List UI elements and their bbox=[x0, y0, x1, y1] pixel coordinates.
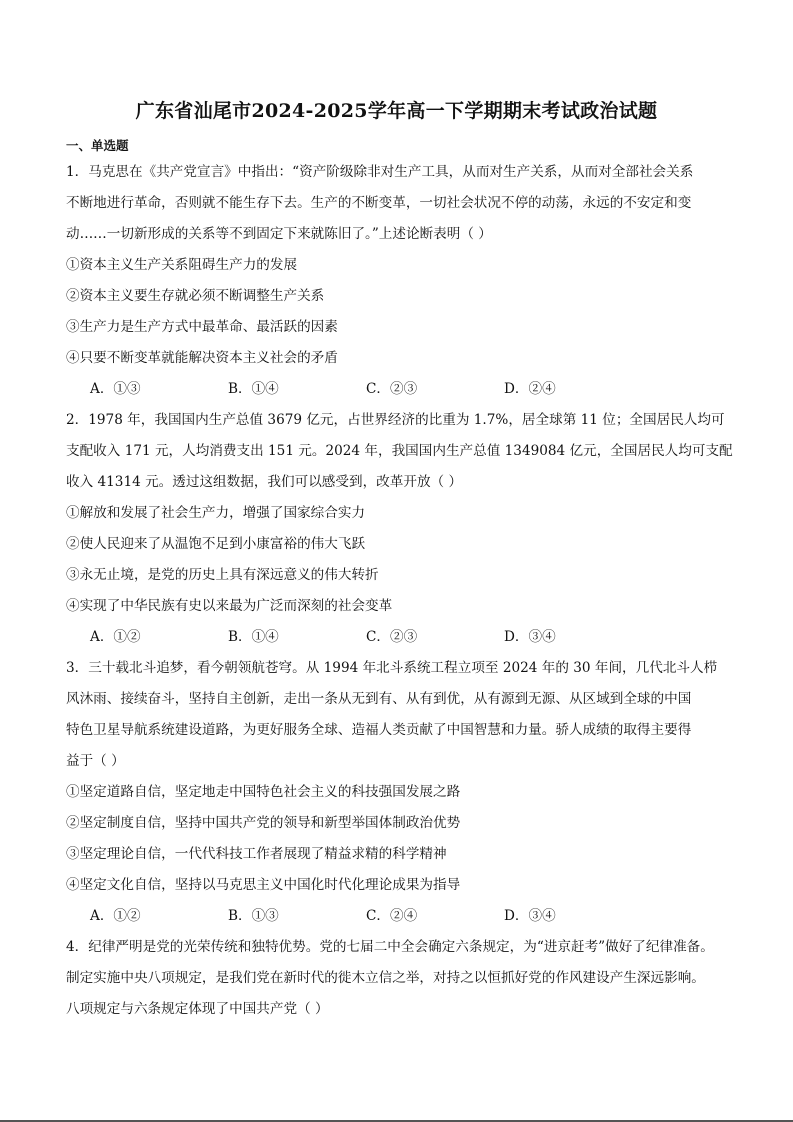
question-1: 1．马克思在《共产党宣言》中指出：“资产阶级除非对生产工具，从而对生产关系，从而… bbox=[66, 157, 732, 405]
question-stem-line: 八项规定与六条规定体现了中国共产党（ ） bbox=[66, 994, 732, 1025]
option-c: C．②③ bbox=[366, 622, 504, 653]
option-b: B．①③ bbox=[228, 901, 366, 932]
option-d: D．③④ bbox=[504, 622, 642, 653]
question-stem-line: 动……一切新形成的关系等不到固定下来就陈旧了。”上述论断表明（ ） bbox=[66, 219, 732, 250]
statement-item: ②资本主义要生存就必须不断调整生产关系 bbox=[66, 281, 732, 312]
question-list: 1．马克思在《共产党宣言》中指出：“资产阶级除非对生产工具，从而对生产关系，从而… bbox=[66, 157, 732, 1025]
question-stem-line: 4．纪律严明是党的光荣传统和独特优势。党的七届二中全会确定六条规定，为“进京赶考… bbox=[66, 932, 732, 963]
question-stem-line: 1．马克思在《共产党宣言》中指出：“资产阶级除非对生产工具，从而对生产关系，从而… bbox=[66, 157, 732, 188]
statement-item: ④坚定文化自信，坚持以马克思主义中国化时代化理论成果为指导 bbox=[66, 870, 732, 901]
statement-item: ①解放和发展了社会生产力，增强了国家综合实力 bbox=[66, 498, 732, 529]
option-c: C．②④ bbox=[366, 901, 504, 932]
statement-item: ③生产力是生产方式中最革命、最活跃的因素 bbox=[66, 312, 732, 343]
option-a: A．①③ bbox=[90, 374, 228, 405]
option-d: D．③④ bbox=[504, 901, 642, 932]
question-stem-line: 不断地进行革命，否则就不能生存下去。生产的不断变革，一切社会状况不停的动荡，永远… bbox=[66, 188, 732, 219]
option-c: C．②③ bbox=[366, 374, 504, 405]
statement-item: ④只要不断变革就能解决资本主义社会的矛盾 bbox=[66, 343, 732, 374]
question-stem-line: 3．三十载北斗追梦，看今朝领航苍穹。从 1994 年北斗系统工程立项至 2024… bbox=[66, 653, 732, 684]
option-b: B．①④ bbox=[228, 622, 366, 653]
answer-options: A．①③ B．①④ C．②③ D．②④ bbox=[66, 374, 732, 405]
question-stem-line: 制定实施中央八项规定，是我们党在新时代的徙木立信之举，对持之以恒抓好党的作风建设… bbox=[66, 963, 732, 994]
statement-item: ②使人民迎来了从温饱不足到小康富裕的伟大飞跃 bbox=[66, 529, 732, 560]
statement-item: ④实现了中华民族有史以来最为广泛而深刻的社会变革 bbox=[66, 591, 732, 622]
option-a: A．①② bbox=[90, 622, 228, 653]
answer-options: A．①② B．①④ C．②③ D．③④ bbox=[66, 622, 732, 653]
question-stem-line: 特色卫星导航系统建设道路，为更好服务全球、造福人类贡献了中国智慧和力量。骄人成绩… bbox=[66, 715, 732, 746]
statement-item: ①坚定道路自信，坚定地走中国特色社会主义的科技强国发展之路 bbox=[66, 777, 732, 808]
question-stem-line: 支配收入 171 元，人均消费支出 151 元。2024 年，我国国内生产总值 … bbox=[66, 436, 732, 467]
page-title: 广东省汕尾市2024-2025学年高一下学期期末考试政治试题 bbox=[0, 96, 793, 123]
statement-item: ②坚定制度自信，坚持中国共产党的领导和新型举国体制政治优势 bbox=[66, 808, 732, 839]
statement-item: ①资本主义生产关系阻碍生产力的发展 bbox=[66, 250, 732, 281]
question-3: 3．三十载北斗追梦，看今朝领航苍穹。从 1994 年北斗系统工程立项至 2024… bbox=[66, 653, 732, 932]
answer-options: A．①② B．①③ C．②④ D．③④ bbox=[66, 901, 732, 932]
question-stem-line: 益于（ ） bbox=[66, 746, 732, 777]
question-stem-line: 收入 41314 元。透过这组数据，我们可以感受到，改革开放（ ） bbox=[66, 467, 732, 498]
question-2: 2．1978 年，我国国内生产总值 3679 亿元，占世界经济的比重为 1.7%… bbox=[66, 405, 732, 653]
option-b: B．①④ bbox=[228, 374, 366, 405]
statement-item: ③坚定理论自信，一代代科技工作者展现了精益求精的科学精神 bbox=[66, 839, 732, 870]
section-heading: 一、单选题 bbox=[66, 136, 129, 154]
option-a: A．①② bbox=[90, 901, 228, 932]
question-stem-line: 2．1978 年，我国国内生产总值 3679 亿元，占世界经济的比重为 1.7%… bbox=[66, 405, 732, 436]
question-4: 4．纪律严明是党的光荣传统和独特优势。党的七届二中全会确定六条规定，为“进京赶考… bbox=[66, 932, 732, 1025]
question-stem-line: 风沐雨、接续奋斗，坚持自主创新，走出一条从无到有、从有到优，从有源到无源、从区域… bbox=[66, 684, 732, 715]
option-d: D．②④ bbox=[504, 374, 642, 405]
statement-item: ③永无止境，是党的历史上具有深远意义的伟大转折 bbox=[66, 560, 732, 591]
